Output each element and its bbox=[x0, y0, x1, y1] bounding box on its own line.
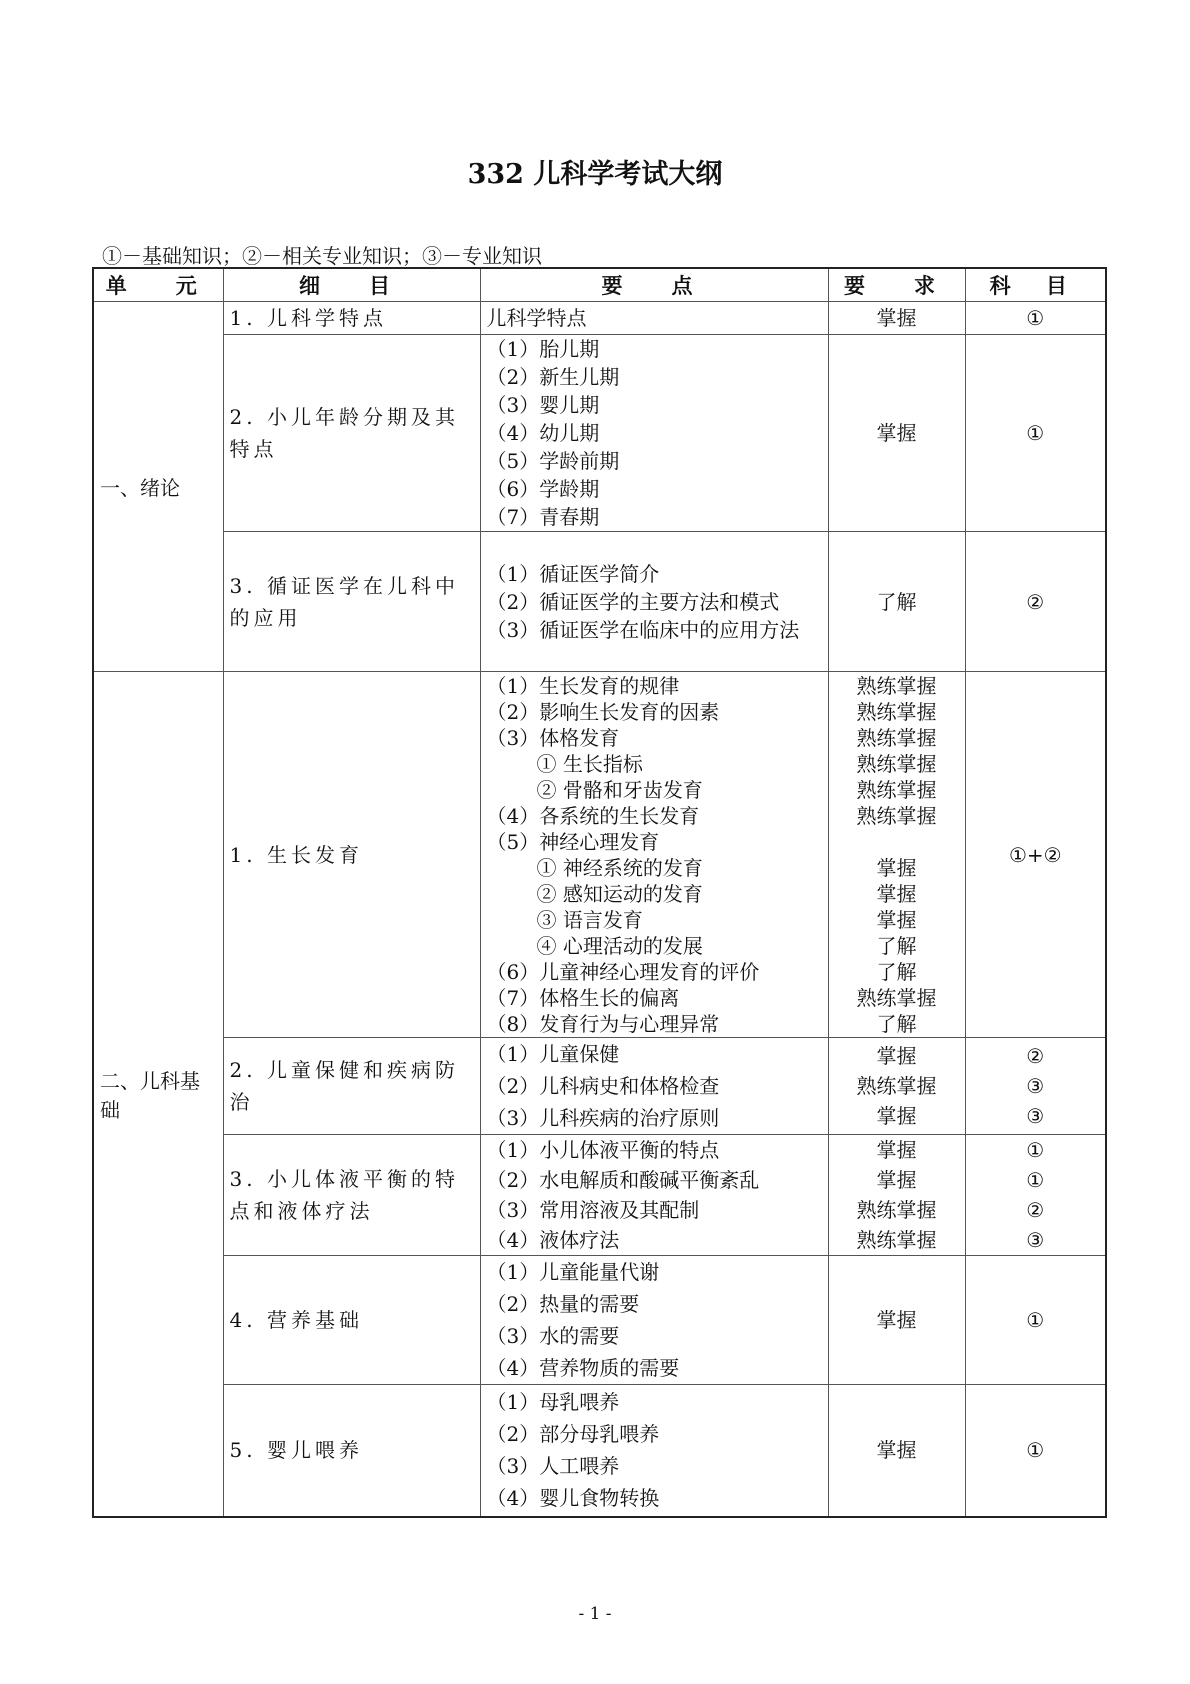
point-item: （3）循证医学在临床中的应用方法 bbox=[487, 616, 822, 644]
requirement-item: 熟练掌握 bbox=[835, 1195, 959, 1225]
requirement-item: 了解 bbox=[835, 1011, 959, 1037]
header-detail: 细 目 bbox=[223, 268, 480, 302]
requirement-item: 了解 bbox=[835, 933, 959, 959]
point-item: （3）儿科疾病的治疗原则 bbox=[487, 1102, 822, 1134]
point-item: （4）婴儿食物转换 bbox=[487, 1482, 822, 1514]
point-item: （5）学龄前期 bbox=[487, 447, 822, 475]
point-item: （7）青春期 bbox=[487, 503, 822, 531]
exam-outline-table: 单 元 细 目 要 点 要 求 科 目 一、绪论 1. 儿科学特点 儿科学特点 … bbox=[92, 267, 1107, 1518]
point-subitem: ③ 语言发育 bbox=[487, 907, 822, 933]
subject-cell: ① ① ② ③ bbox=[965, 1135, 1106, 1256]
requirement-item: 熟练掌握 bbox=[835, 699, 959, 725]
points-cell: （1）循证医学简介 （2）循证医学的主要方法和模式 （3）循证医学在临床中的应用… bbox=[480, 532, 828, 672]
table-row: 2. 小儿年龄分期及其特点 （1）胎儿期 （2）新生儿期 （3）婴儿期 （4）幼… bbox=[93, 335, 1106, 532]
table-header-row: 单 元 细 目 要 点 要 求 科 目 bbox=[93, 268, 1106, 302]
table-row: 2. 儿童保健和疾病防治 （1）儿童保健 （2）儿科病史和体格检查 （3）儿科疾… bbox=[93, 1038, 1106, 1135]
requirement-item: 了解 bbox=[835, 959, 959, 985]
requirement-item bbox=[835, 829, 959, 855]
requirement-item: 掌握 bbox=[835, 855, 959, 881]
point-item: （3）体格发育 bbox=[487, 725, 822, 751]
requirement-item: 熟练掌握 bbox=[835, 725, 959, 751]
subject-item: ③ bbox=[972, 1225, 1100, 1255]
point-item: （4）液体疗法 bbox=[487, 1225, 822, 1255]
header-points: 要 点 bbox=[480, 268, 828, 302]
subject-item: ① bbox=[972, 1165, 1100, 1195]
table-row: 一、绪论 1. 儿科学特点 儿科学特点 掌握 ① bbox=[93, 302, 1106, 335]
point-item: （3）人工喂养 bbox=[487, 1450, 822, 1482]
requirement-item: 熟练掌握 bbox=[835, 673, 959, 699]
points-cell: （1）胎儿期 （2）新生儿期 （3）婴儿期 （4）幼儿期 （5）学龄前期 （6）… bbox=[480, 335, 828, 532]
detail-cell: 1. 儿科学特点 bbox=[223, 302, 480, 335]
requirement-cell: 掌握 bbox=[828, 1385, 965, 1517]
subject-cell: ① bbox=[965, 1385, 1106, 1517]
point-item: （2）循证医学的主要方法和模式 bbox=[487, 588, 822, 616]
subject-item: ① bbox=[972, 1135, 1100, 1165]
unit-cell: 二、儿科基础 bbox=[93, 672, 223, 1517]
document-title: 332 儿科学考试大纲 bbox=[0, 152, 1190, 191]
detail-cell: 3. 小儿体液平衡的特点和液体疗法 bbox=[223, 1135, 480, 1256]
subject-item: ② bbox=[972, 1195, 1100, 1225]
point-item: （1）胎儿期 bbox=[487, 335, 822, 363]
detail-cell: 3. 循证医学在儿科中的应用 bbox=[223, 532, 480, 672]
table-row: 5. 婴儿喂养 （1）母乳喂养 （2）部分母乳喂养 （3）人工喂养 （4）婴儿食… bbox=[93, 1385, 1106, 1517]
requirement-cell: 掌握 bbox=[828, 302, 965, 335]
header-unit: 单 元 bbox=[93, 268, 223, 302]
point-item: （5）神经心理发育 bbox=[487, 829, 822, 855]
requirement-item: 掌握 bbox=[835, 1041, 959, 1071]
requirement-cell: 掌握 bbox=[828, 1256, 965, 1385]
points-cell: （1）生长发育的规律 （2）影响生长发育的因素 （3）体格发育 ① 生长指标 ②… bbox=[480, 672, 828, 1038]
subject-item: ③ bbox=[972, 1071, 1100, 1101]
point-subitem: ② 感知运动的发育 bbox=[487, 881, 822, 907]
point-item: （8）发育行为与心理异常 bbox=[487, 1011, 822, 1037]
subject-cell: ① bbox=[965, 302, 1106, 335]
requirement-item: 掌握 bbox=[835, 1165, 959, 1195]
point-item: （1）母乳喂养 bbox=[487, 1386, 822, 1418]
table-row: 3. 小儿体液平衡的特点和液体疗法 （1）小儿体液平衡的特点 （2）水电解质和酸… bbox=[93, 1135, 1106, 1256]
requirement-item: 熟练掌握 bbox=[835, 803, 959, 829]
point-item: （2）部分母乳喂养 bbox=[487, 1418, 822, 1450]
page-number: - 1 - bbox=[0, 1604, 1190, 1624]
point-item: （6）儿童神经心理发育的评价 bbox=[487, 959, 822, 985]
requirement-cell: 掌握 掌握 熟练掌握 熟练掌握 bbox=[828, 1135, 965, 1256]
point-subitem: ① 神经系统的发育 bbox=[487, 855, 822, 881]
subject-item: ② bbox=[972, 1041, 1100, 1071]
point-item: （2）影响生长发育的因素 bbox=[487, 699, 822, 725]
detail-cell: 2. 小儿年龄分期及其特点 bbox=[223, 335, 480, 532]
point-item: （1）小儿体液平衡的特点 bbox=[487, 1135, 822, 1165]
requirement-item: 熟练掌握 bbox=[835, 751, 959, 777]
point-item: （7）体格生长的偏离 bbox=[487, 985, 822, 1011]
requirement-cell: 掌握 熟练掌握 掌握 bbox=[828, 1038, 965, 1135]
detail-cell: 5. 婴儿喂养 bbox=[223, 1385, 480, 1517]
point-item: （4）各系统的生长发育 bbox=[487, 803, 822, 829]
requirement-item: 掌握 bbox=[835, 1135, 959, 1165]
requirement-item: 熟练掌握 bbox=[835, 1225, 959, 1255]
point-item: （6）学龄期 bbox=[487, 475, 822, 503]
detail-cell: 2. 儿童保健和疾病防治 bbox=[223, 1038, 480, 1135]
points-cell: （1）儿童能量代谢 （2）热量的需要 （3）水的需要 （4）营养物质的需要 bbox=[480, 1256, 828, 1385]
points-cell: 儿科学特点 bbox=[480, 302, 828, 335]
requirement-item: 熟练掌握 bbox=[835, 985, 959, 1011]
point-subitem: ④ 心理活动的发展 bbox=[487, 933, 822, 959]
subject-cell: ② ③ ③ bbox=[965, 1038, 1106, 1135]
table-row: 4. 营养基础 （1）儿童能量代谢 （2）热量的需要 （3）水的需要 （4）营养… bbox=[93, 1256, 1106, 1385]
header-requirement: 要 求 bbox=[828, 268, 965, 302]
point-item: （2）水电解质和酸碱平衡紊乱 bbox=[487, 1165, 822, 1195]
table-row: 3. 循证医学在儿科中的应用 （1）循证医学简介 （2）循证医学的主要方法和模式… bbox=[93, 532, 1106, 672]
subject-legend: ①－基础知识；②－相关专业知识；③－专业知识 bbox=[102, 240, 542, 269]
point-subitem: ① 生长指标 bbox=[487, 751, 822, 777]
requirement-item: 掌握 bbox=[835, 907, 959, 933]
point-item: （2）儿科病史和体格检查 bbox=[487, 1070, 822, 1102]
point-item: （4）营养物质的需要 bbox=[487, 1352, 822, 1384]
point-item: （3）常用溶液及其配制 bbox=[487, 1195, 822, 1225]
requirement-cell: 了解 bbox=[828, 532, 965, 672]
point-item: （1）生长发育的规律 bbox=[487, 673, 822, 699]
subject-cell: ② bbox=[965, 532, 1106, 672]
requirement-item: 熟练掌握 bbox=[835, 777, 959, 803]
point-item: （4）幼儿期 bbox=[487, 419, 822, 447]
requirement-item: 熟练掌握 bbox=[835, 1071, 959, 1101]
requirement-item: 掌握 bbox=[835, 1101, 959, 1131]
points-cell: （1）母乳喂养 （2）部分母乳喂养 （3）人工喂养 （4）婴儿食物转换 bbox=[480, 1385, 828, 1517]
detail-cell: 4. 营养基础 bbox=[223, 1256, 480, 1385]
point-item: （1）循证医学简介 bbox=[487, 560, 822, 588]
subject-cell: ①+② bbox=[965, 672, 1106, 1038]
table-row: 二、儿科基础 1. 生长发育 （1）生长发育的规律 （2）影响生长发育的因素 （… bbox=[93, 672, 1106, 1038]
point-item: （1）儿童保健 bbox=[487, 1038, 822, 1070]
point-item: （1）儿童能量代谢 bbox=[487, 1256, 822, 1288]
point-subitem: ② 骨骼和牙齿发育 bbox=[487, 777, 822, 803]
header-subject: 科 目 bbox=[965, 268, 1106, 302]
requirement-item: 掌握 bbox=[835, 881, 959, 907]
points-cell: （1）儿童保健 （2）儿科病史和体格检查 （3）儿科疾病的治疗原则 bbox=[480, 1038, 828, 1135]
point-item: （3）婴儿期 bbox=[487, 391, 822, 419]
unit-cell: 一、绪论 bbox=[93, 302, 223, 672]
requirement-cell: 掌握 bbox=[828, 335, 965, 532]
points-cell: （1）小儿体液平衡的特点 （2）水电解质和酸碱平衡紊乱 （3）常用溶液及其配制 … bbox=[480, 1135, 828, 1256]
detail-cell: 1. 生长发育 bbox=[223, 672, 480, 1038]
subject-item: ③ bbox=[972, 1101, 1100, 1131]
requirement-cell: 熟练掌握 熟练掌握 熟练掌握 熟练掌握 熟练掌握 熟练掌握 掌握 掌握 掌握 了… bbox=[828, 672, 965, 1038]
subject-cell: ① bbox=[965, 1256, 1106, 1385]
point-item: （3）水的需要 bbox=[487, 1320, 822, 1352]
subject-cell: ① bbox=[965, 335, 1106, 532]
point-item: （2）热量的需要 bbox=[487, 1288, 822, 1320]
point-item: （2）新生儿期 bbox=[487, 363, 822, 391]
point-item: 儿科学特点 bbox=[487, 304, 822, 332]
